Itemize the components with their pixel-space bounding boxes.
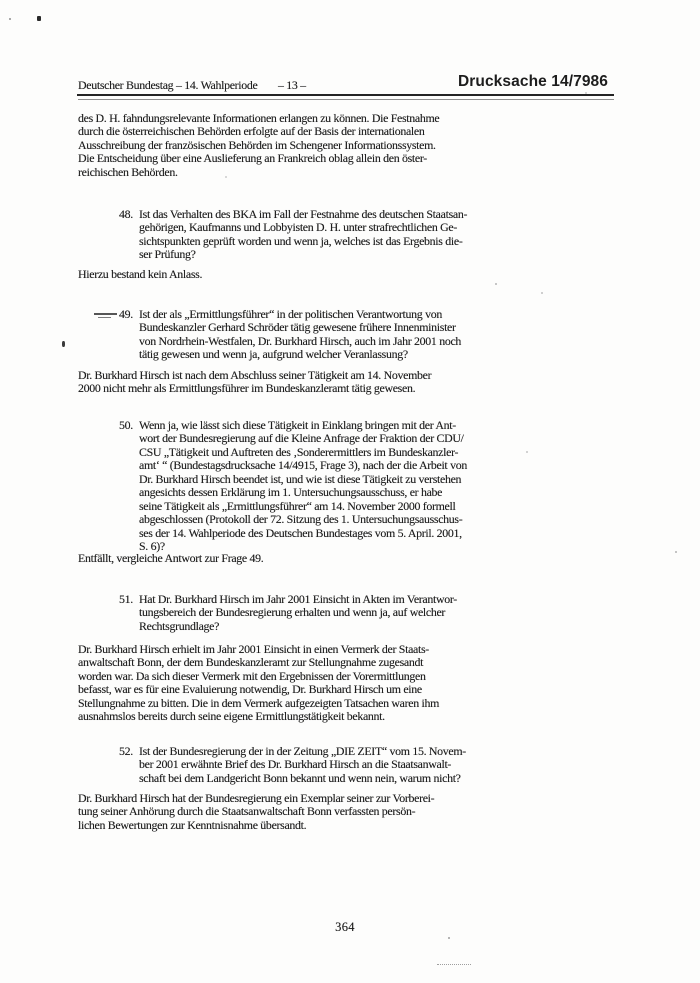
scanned-document-page: Deutscher Bundestag – 14. Wahlperiode – … (0, 0, 700, 983)
header-rule (77, 94, 614, 101)
ink-speck (675, 551, 677, 553)
answer-49: Dr. Burkhard Hirsch ist nach dem Abschlu… (78, 369, 431, 396)
question-51-number: 51. (119, 593, 133, 606)
ink-speck (541, 292, 543, 294)
ink-speck (526, 451, 528, 453)
question-50-number: 50. (119, 419, 133, 432)
ink-speck (585, 92, 587, 94)
question-49-number: 49. (119, 308, 133, 321)
ink-speck (495, 283, 497, 285)
ink-speck (37, 16, 41, 21)
scan-dotted-line-artifact (437, 964, 471, 965)
ink-speck (9, 18, 11, 20)
intro-paragraph: des D. H. fahndungsrelevante Information… (78, 112, 439, 179)
answer-51: Dr. Burkhard Hirsch erhielt im Jahr 2001… (78, 643, 439, 724)
question-52-text: Ist der Bundesregierung der in der Zeitu… (139, 745, 466, 785)
question-49-text: Ist der als „Ermittlungsführer“ in der p… (139, 308, 461, 362)
question-48-number: 48. (119, 208, 133, 221)
ink-speck (448, 937, 450, 939)
footer-page-number: 364 (323, 920, 367, 935)
header-sheet-number: – 13 – (278, 79, 306, 92)
question-48: 48. Ist das Verhalten des BKA im Fall de… (119, 208, 467, 262)
header-drucksache-number: Drucksache 14/7986 (458, 73, 608, 91)
question-51-text: Hat Dr. Burkhard Hirsch im Jahr 2001 Ein… (139, 593, 457, 633)
scan-dash-artifact (94, 313, 117, 315)
question-50-text: Wenn ja, wie lässt sich diese Tätigkeit … (139, 419, 467, 554)
header-publication-title: Deutscher Bundestag – 14. Wahlperiode (78, 79, 258, 92)
header-rule-echo-line (78, 99, 614, 100)
answer-48: Hierzu bestand kein Anlass. (78, 268, 202, 281)
ink-speck (225, 176, 227, 178)
ink-speck (62, 341, 65, 347)
question-52: 52. Ist der Bundesregierung der in der Z… (119, 745, 466, 785)
scan-dash-artifact (98, 317, 111, 318)
question-49: 49. Ist der als „Ermittlungsführer“ in d… (119, 308, 461, 362)
question-50: 50. Wenn ja, wie lässt sich diese Tätigk… (119, 419, 467, 554)
question-48-text: Ist das Verhalten des BKA im Fall der Fe… (139, 208, 467, 262)
answer-50: Entfällt, vergleiche Antwort zur Frage 4… (78, 552, 263, 565)
question-51: 51. Hat Dr. Burkhard Hirsch im Jahr 2001… (119, 593, 457, 633)
question-52-number: 52. (119, 745, 133, 758)
header-rule-main-line (77, 94, 614, 96)
answer-52: Dr. Burkhard Hirsch hat der Bundesregier… (78, 792, 434, 832)
